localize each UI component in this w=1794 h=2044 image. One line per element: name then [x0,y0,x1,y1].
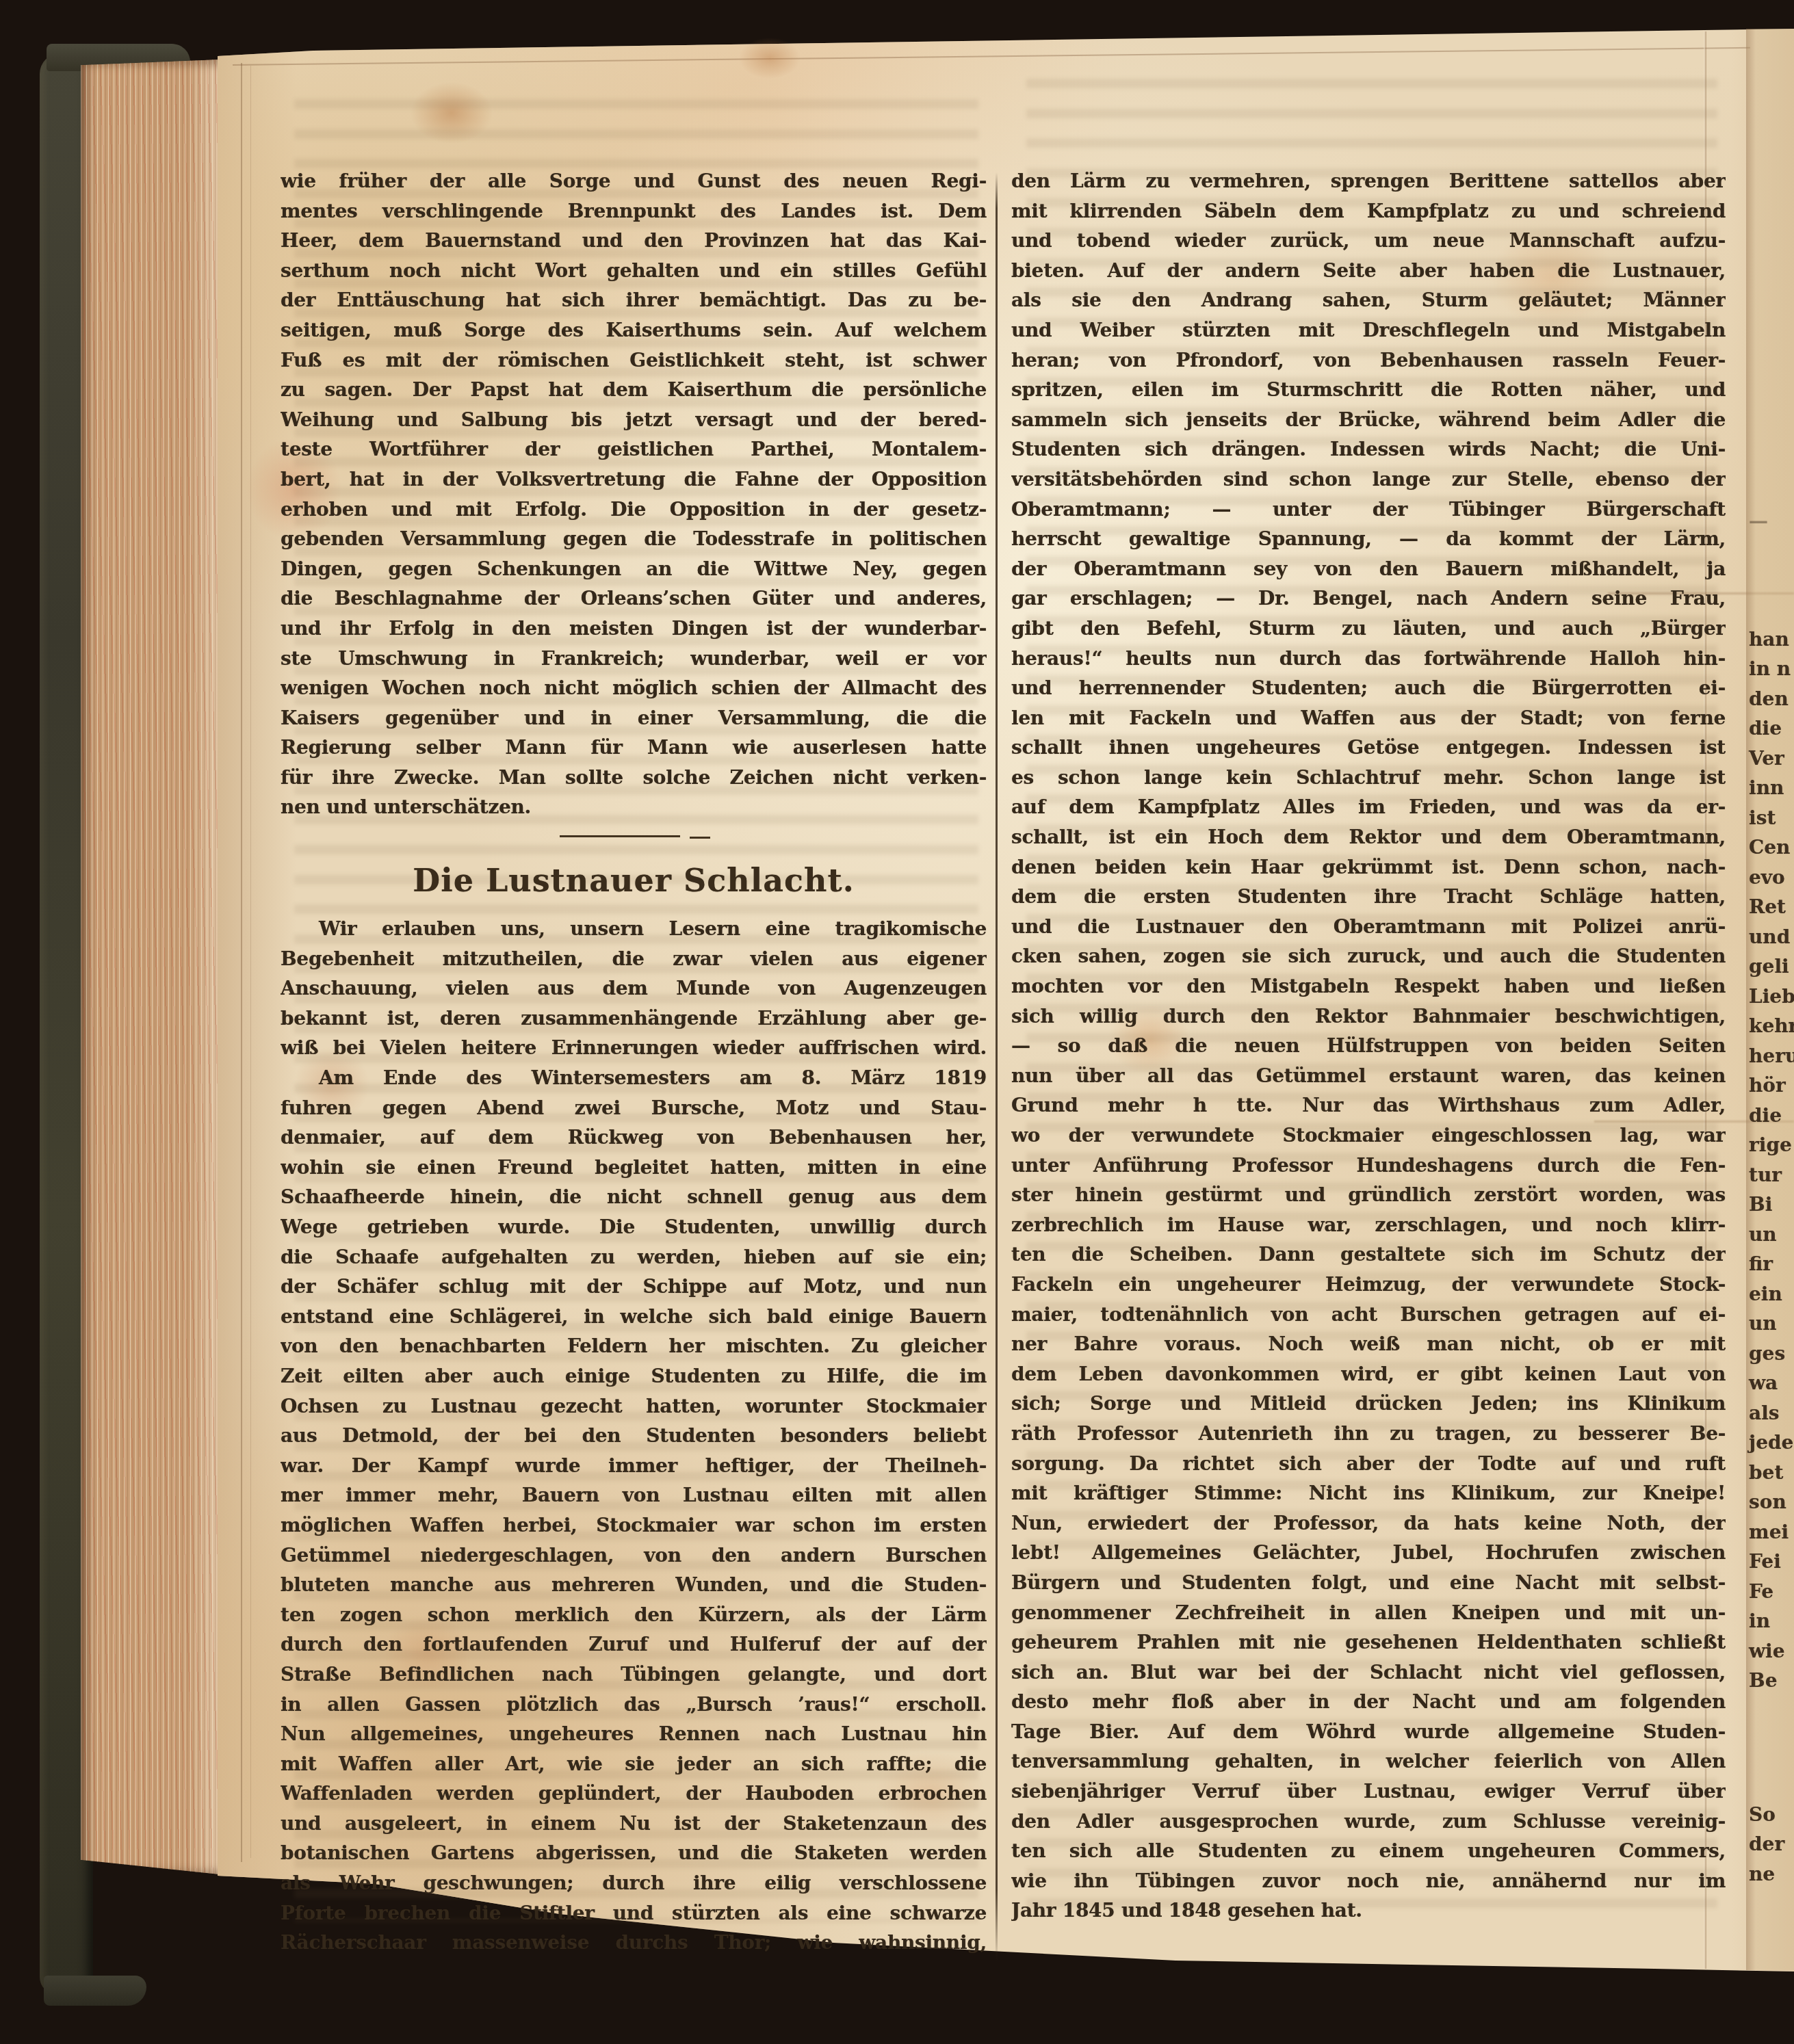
text-line: maier, todtenähnlich von acht Burschen g… [1011,1300,1726,1330]
text-line: ner Bahre voraus. Noch weiß man nicht, o… [1011,1329,1726,1359]
edge-fragment: den [1749,684,1789,714]
page-left-edge-line-2 [250,66,251,1858]
edge-fragment: wa [1749,1368,1778,1398]
text-line: und herrennender Studenten; auch die Bür… [1011,673,1726,703]
edge-fragment: mei [1749,1517,1789,1547]
edge-fragment: Lieb [1749,982,1794,1012]
text-line: und ihr Erfolg in den meisten Dingen ist… [281,614,987,644]
text-line: der Enttäuschung hat sich ihrer bemächti… [281,285,987,315]
text-line: auf dem Kampfplatz Alles im Frieden, und… [1011,792,1726,822]
text-line: sorgung. Da richtet sich aber der Todte … [1011,1449,1726,1479]
text-line: Tage Bier. Auf dem Wöhrd wurde allgemein… [1011,1717,1726,1747]
text-line: zerbrechlich im Hause war, zerschlagen, … [1011,1210,1726,1240]
text-line: fuhren gegen Abend zwei Bursche, Motz un… [281,1093,987,1123]
article-divider [281,822,987,851]
text-line: Grund mehr h tte. Nur das Wirthshaus zum… [1011,1090,1726,1121]
foxing-spot [739,38,801,79]
text-line: Studenten sich drängen. Indessen wirds N… [1011,434,1726,464]
text-line: bert, hat in der Volksvertretung die Fah… [281,464,987,495]
text-line: sich; Sorge und Mitleid drücken Jeden; i… [1011,1389,1726,1419]
foxing-spot [411,82,493,144]
text-line: ste Umschwung in Frankreich; wunderbar, … [281,644,987,674]
text-line: bekannt ist, deren zusammenhängende Erzä… [281,1004,987,1034]
edge-fragment: geli [1749,952,1789,982]
text-line: genommener Zechfreiheit in allen Kneipen… [1011,1598,1726,1628]
text-line: tenversammlung gehalten, in welcher feie… [1011,1746,1726,1777]
edge-fragment: und [1749,922,1790,952]
text-line: mit kräftiger Stimme: Nicht ins Klinikum… [1011,1478,1726,1508]
text-line: entstand eine Schlägerei, in welche sich… [281,1302,987,1332]
text-line: Waffenladen werden geplündert, der Haubo… [281,1779,987,1809]
edge-fragment: fir [1749,1249,1773,1279]
text-line: Ochsen zu Lustnau gezecht hatten, worunt… [281,1391,987,1421]
text-line: durch den fortlaufenden Zuruf und Hulfer… [281,1629,987,1660]
edge-fragment: Fe [1749,1577,1773,1607]
text-line: es schon lange kein Schlachtruf mehr. Sc… [1011,763,1726,793]
edge-fragment: Fei [1749,1547,1781,1577]
text-line: und ausgeleert, in einem Nu ist der Stak… [281,1809,987,1839]
text-line: serthum noch nicht Wort gehalten und ein… [281,256,987,286]
text-line: wie ihn Tübingen zuvor noch nie, annäher… [1011,1866,1726,1896]
text-line: wiß bei Vielen heitere Erinnerungen wied… [281,1033,987,1063]
edge-fragment: in n [1749,654,1791,684]
text-line: Bürgern und Studenten folgt, und eine Na… [1011,1568,1726,1598]
left-column-article-end: wie früher der alle Sorge und Gunst des … [281,166,987,822]
edge-fragment: han [1749,625,1789,655]
text-line: denen beiden kein Haar gekrümmt ist. Den… [1011,852,1726,882]
edge-fragment: als [1749,1398,1780,1428]
text-line: dem die ersten Studenten ihre Tracht Sch… [1011,882,1726,912]
text-line: als Wehr geschwungen; durch ihre eilig v… [281,1868,987,1898]
text-line: in allen Gassen plötzlich das „Bursch ’r… [281,1690,987,1720]
text-line: Pforte brechen die Stiftler und stürzten… [281,1898,987,1928]
text-line: Nun, erwiedert der Professor, da hats ke… [1011,1508,1726,1538]
text-line: denmaier, auf dem Rückweg von Bebenhause… [281,1123,987,1153]
text-line: ten zogen schon merklich den Kürzern, al… [281,1600,987,1630]
edge-fragment: Bi [1749,1190,1772,1220]
text-line: Nun allgemeines, ungeheures Rennen nach … [281,1719,987,1749]
text-line: und Weiber stürzten mit Dreschflegeln un… [1011,315,1726,345]
text-line: mochten vor den Mistgabeln Respekt haben… [1011,971,1726,1001]
edge-fragment: inn [1749,773,1784,803]
text-line: der Oberamtmann sey von den Bauern mißha… [1011,554,1726,584]
article-divider-rule [560,835,680,837]
text-line: — so daß die neuen Hülfstruppen von beid… [1011,1031,1726,1061]
text-line: herrscht gewaltige Spannung, — da kommt … [1011,524,1726,554]
text-line: Fackeln ein ungeheurer Heimzug, der verw… [1011,1270,1726,1300]
text-line: ten die Scheiben. Dann gestaltete sich i… [1011,1240,1726,1270]
edge-fragment: Cen [1749,833,1790,863]
text-line: desto mehr floß aber in der Nacht und am… [1011,1687,1726,1717]
text-line: bieten. Auf der andern Seite aber haben … [1011,256,1726,286]
text-line: Heer, dem Bauernstand und den Provinzen … [281,226,987,256]
edge-fragment: Be [1749,1666,1777,1696]
text-line: len mit Fackeln und Waffen aus der Stadt… [1011,703,1726,733]
text-line: lebt! Allgemeines Gelächter, Jubel, Hoch… [1011,1538,1726,1568]
text-line: nen und unterschätzen. [281,792,987,822]
text-line: schallt, ist ein Hoch dem Rektor und dem… [1011,822,1726,852]
page-left-edge-line [241,63,242,1862]
text-line: Wir erlauben uns, unsern Lesern eine tra… [281,914,987,944]
text-line: Zeit eilten aber auch einige Studenten z… [281,1361,987,1391]
text-line: aus Detmold, der bei den Studenten beson… [281,1421,987,1451]
text-line: den Lärm zu vermehren, sprengen Beritten… [1011,166,1726,196]
text-line: sich an. Blut war bei der Schlacht nicht… [1011,1658,1726,1688]
text-line: Dingen, gegen Schenkungen an die Wittwe … [281,554,987,584]
text-line: siebenjähriger Verruf über Lustnau, ewig… [1011,1777,1726,1807]
text-line: Schaafheerde hinein, die nicht schnell g… [281,1182,987,1212]
text-line: Weihung und Salbung bis jetzt versagt un… [281,405,987,435]
text-line: die Beschlagnahme der Orleans’schen Güte… [281,584,987,614]
text-line: mit Waffen aller Art, wie sie jeder an s… [281,1749,987,1779]
text-line: Am Ende des Wintersemesters am 8. März 1… [281,1063,987,1093]
text-line: mer immer mehr, Bauern von Lustnau eilte… [281,1480,987,1510]
left-column-article-body: Wir erlauben uns, unsern Lesern eine tra… [281,914,987,1958]
text-line: versitätsbehörden sind schon lange zur S… [1011,464,1726,495]
text-line: Begebenheit mitzutheilen, die zwar viele… [281,944,987,974]
text-line: seitigen, muß Sorge des Kaiserthums sein… [281,315,987,345]
edge-fragment: ne [1749,1859,1775,1889]
edge-fragment: kehr [1749,1011,1794,1041]
text-line: cken sahen, zogen sie sich zuruck, und a… [1011,941,1726,971]
text-line: teste Wortführer der geistlichen Parthei… [281,434,987,464]
text-line: Rächerschaar massenweise durchs Thor; wi… [281,1928,987,1958]
edge-fragment: rige [1749,1130,1792,1160]
text-line: von den benachbarten Feldern her mischte… [281,1331,987,1361]
article-heading: Die Lustnauer Schlacht. [281,851,987,914]
text-line: schallt ihnen ungeheures Getöse entgegen… [1011,733,1726,763]
text-line: bluteten manche aus mehreren Wunden, und… [281,1570,987,1600]
text-line: Straße Befindlichen nach Tübingen gelang… [281,1660,987,1690]
text-line: wenigen Wochen noch nicht möglich schien… [281,673,987,703]
page-block-fore-edge [81,59,238,1880]
edge-fragment: So [1749,1800,1776,1830]
text-line: gibt den Befehl, Sturm zu läuten, und au… [1011,614,1726,644]
text-line: ster hinein gestürmt und gründlich zerst… [1011,1180,1726,1210]
text-line: möglichen Waffen herbei, Stockmaier war … [281,1510,987,1541]
text-line: dem Leben davonkommen wird, er gibt kein… [1011,1359,1726,1389]
text-line: Anschauung, vielen aus dem Munde von Aug… [281,973,987,1004]
text-line: heraus!“ heults nun durch das fortwähren… [1011,644,1726,674]
text-line: heran; von Pfrondorf, von Bebenhausen ra… [1011,345,1726,376]
text-line: und die Lustnauer den Oberamtmann mit Po… [1011,912,1726,942]
text-line: nun über all das Getümmel erstaunt waren… [1011,1061,1726,1091]
edge-fragment: ges [1749,1339,1785,1369]
article-divider-rule-dash [690,837,710,839]
text-line: geheurem Prahlen mit nie gesehenen Helde… [1011,1627,1726,1658]
text-line: die Schaafe aufgehalten zu werden, hiebe… [281,1242,987,1272]
text-line: botanischen Gartens abgerissen, und die … [281,1838,987,1868]
text-line: wie früher der alle Sorge und Gunst des … [281,166,987,196]
text-line: war. Der Kampf wurde immer heftiger, der… [281,1451,987,1481]
text-line: Oberamtmann; — unter der Tübinger Bürger… [1011,495,1726,525]
text-line: gebenden Versammlung gegen die Todesstra… [281,524,987,554]
text-line: und tobend wieder zurück, um neue Mannsc… [1011,226,1726,256]
text-line: Wege getrieben wurde. Die Studenten, unw… [281,1212,987,1242]
next-page-edge-strip: —hanin ndendieVerinnistCenevoRetundgeliL… [1746,29,1794,1970]
edge-fragment: hör [1749,1071,1786,1101]
edge-fragment: jede [1749,1428,1793,1458]
edge-fragment: evo [1749,863,1785,893]
edge-fragment: heru [1749,1041,1794,1071]
text-line: zu sagen. Der Papst hat dem Kaiserthum d… [281,375,987,405]
text-line: gar erschlagen; — Dr. Bengel, nach Ander… [1011,584,1726,614]
edge-fragment: son [1749,1487,1786,1517]
text-line: sich willig durch den Rektor Bahnmaier b… [1011,1001,1726,1032]
text-line: räth Professor Autenrieth ihn zu tragen,… [1011,1419,1726,1449]
text-line: Getümmel niedergeschlagen, von den ander… [281,1541,987,1571]
text-line: ten sich alle Studenten zu einem ungeheu… [1011,1836,1726,1866]
text-line: erhoben und mit Erfolg. Die Opposition i… [281,495,987,525]
edge-fragment: Ret [1749,892,1786,922]
edge-fragment: die [1749,1101,1782,1131]
text-line: wohin sie einen Freund begleitet hatten,… [281,1153,987,1183]
text-line: der Schäfer schlug mit der Schippe auf M… [281,1272,987,1302]
edge-fragment: ist [1749,803,1776,833]
text-line: für ihre Zwecke. Man sollte solche Zeich… [281,763,987,793]
text-line: mentes verschlingende Brennpunkt des Lan… [281,196,987,226]
text-line: Fuß es mit der römischen Geistlichkeit s… [281,345,987,376]
text-line: sammeln sich jenseits der Brücke, währen… [1011,405,1726,435]
right-column: den Lärm zu vermehren, sprengen Beritten… [1011,166,1726,1926]
edge-fragment: in [1749,1606,1770,1636]
edge-fragment: tur [1749,1160,1782,1190]
text-line: unter Anführung Professor Hundeshagens d… [1011,1151,1726,1181]
edge-fragment: der [1749,1829,1784,1859]
text-line: Jahr 1845 und 1848 gesehen hat. [1011,1896,1726,1926]
scanner-background: { "colors":{ "scan_background":"#1a120d"… [0,0,1794,2044]
edge-fragment: bet [1749,1458,1783,1488]
column-divider-rule [996,172,998,1962]
edge-fragment: un [1749,1309,1777,1339]
text-line: Regierung selber Mann für Mann wie auser… [281,733,987,763]
edge-fragment: un [1749,1220,1777,1250]
edge-fragment: Ver [1749,744,1784,774]
text-line: spritzen, eilen im Sturmschritt die Rott… [1011,375,1726,405]
edge-fragment: wie [1749,1636,1785,1666]
text-line: mit klirrenden Säbeln dem Kampfplatz zu … [1011,196,1726,226]
text-line: den Adler ausgesprochen wurde, zum Schlu… [1011,1807,1726,1837]
edge-fragment: die [1749,713,1782,744]
edge-fragment: ein [1749,1279,1782,1309]
text-line: als sie den Andrang sahen, Sturm geläute… [1011,285,1726,315]
text-line: wo der verwundete Stockmaier eingeschlos… [1011,1121,1726,1151]
text-line: Kaisers gegenüber und in einer Versammlu… [281,703,987,733]
edge-fragment: — [1749,506,1768,536]
left-column: wie früher der alle Sorge und Gunst des … [281,166,987,1958]
